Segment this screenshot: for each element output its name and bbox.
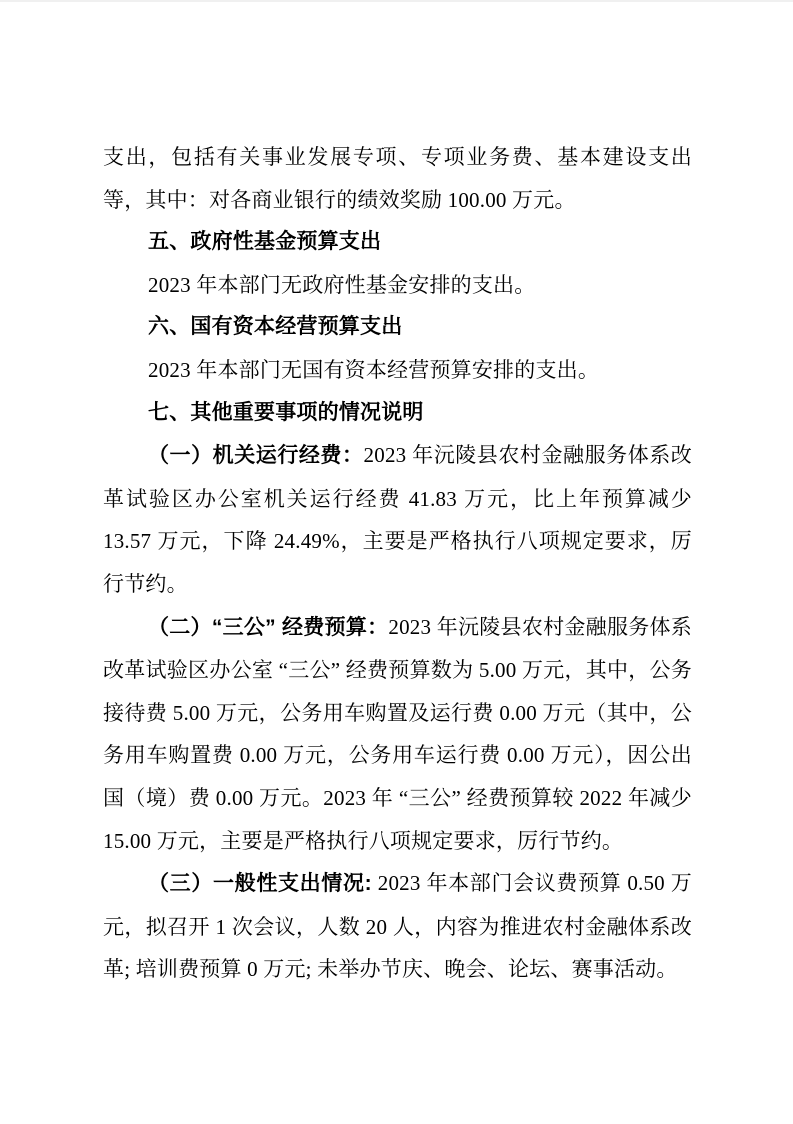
paragraph-carryover-expenditure: 支出，包括有关事业发展专项、专项业务费、基本建设支出等，其中：对各商业银行的绩效… — [103, 136, 692, 221]
heading-text: 七、其他重要事项的情况说明 — [148, 401, 424, 424]
paragraph-three-public-expense-budget: （二）“三公” 经费预算：2023 年沅陵县农村金融服务体系改革试验区办公室 “… — [103, 606, 692, 863]
heading-text: 六、国有资本经营预算支出 — [148, 315, 402, 338]
paragraph-text: 2023 年沅陵县农村金融服务体系改革试验区办公室 “三公” 经费预算数为 5.… — [103, 615, 692, 853]
paragraph-lead-label: （二）“三公” 经费预算： — [148, 616, 388, 639]
paragraph-state-capital-statement: 2023 年本部门无国有资本经营预算安排的支出。 — [103, 349, 692, 392]
paragraph-lead-label: （三）一般性支出情况: — [148, 872, 372, 895]
paragraph-gov-fund-statement: 2023 年本部门无政府性基金安排的支出。 — [103, 264, 692, 307]
paragraph-lead-label: （一）机关运行经费： — [148, 444, 364, 467]
section-heading-state-capital-budget: 六、国有资本经营预算支出 — [103, 306, 692, 349]
heading-text: 五、政府性基金预算支出 — [148, 230, 381, 253]
section-heading-other-important-matters: 七、其他重要事项的情况说明 — [103, 392, 692, 435]
paragraph-text: 2023 年本部门无政府性基金安排的支出。 — [148, 273, 535, 297]
document-page: 支出，包括有关事业发展专项、专项业务费、基本建设支出等，其中：对各商业银行的绩效… — [0, 0, 793, 1124]
section-heading-gov-fund-budget: 五、政府性基金预算支出 — [103, 221, 692, 264]
paragraph-text: 支出，包括有关事业发展专项、专项业务费、基本建设支出等，其中：对各商业银行的绩效… — [103, 145, 692, 212]
paragraph-text: 2023 年本部门无国有资本经营预算安排的支出。 — [148, 358, 599, 382]
paragraph-agency-operating-expense: （一）机关运行经费：2023 年沅陵县农村金融服务体系改革试验区办公室机关运行经… — [103, 434, 692, 605]
paragraph-general-expenditure: （三）一般性支出情况: 2023 年本部门会议费预算 0.50 万元，拟召开 1… — [103, 862, 692, 991]
document-body: 支出，包括有关事业发展专项、专项业务费、基本建设支出等，其中：对各商业银行的绩效… — [103, 136, 692, 991]
